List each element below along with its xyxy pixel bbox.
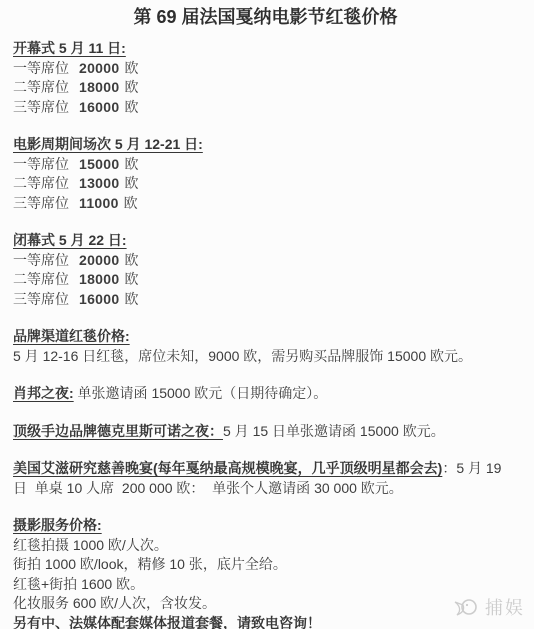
section-heading: 闭幕式 5 月 22 日:: [13, 231, 518, 251]
currency-unit: 欧: [124, 99, 138, 115]
currency-unit: 欧: [124, 156, 138, 172]
currency-unit: 欧: [124, 252, 138, 268]
currency-unit: 欧: [124, 195, 138, 211]
seat-tier-label: 二等席位: [13, 79, 69, 95]
seat-tier-label: 二等席位: [13, 271, 69, 287]
section-heading: 摄影服务价格:: [13, 516, 518, 536]
section-detail: 单张邀请函 15000 欧元（日期待确定）。: [74, 385, 328, 401]
seat-price-value: 20000: [79, 252, 119, 268]
section-de-grisogono-night: 顶级手边品牌德克里斯可诺之夜：5 月 15 日单张邀请函 15000 欧元。: [13, 422, 518, 442]
currency-unit: 欧: [124, 175, 138, 191]
section-detail: 5 月 15 日单张邀请函 15000 欧元。: [223, 423, 445, 439]
price-row: 二等席位13000欧: [13, 174, 518, 194]
section-chopard-night: 肖邦之夜: 单张邀请函 15000 欧元（日期待确定）。: [13, 384, 518, 404]
watermark-label: 捕娱: [485, 594, 525, 620]
section-heading: 顶级手边品牌德克里斯可诺之夜：: [13, 423, 223, 439]
seat-tier-label: 一等席位: [13, 252, 69, 268]
section-closing-ceremony: 闭幕式 5 月 22 日: 一等席位20000欧 二等席位18000欧 三等席位…: [13, 231, 518, 309]
currency-unit: 欧: [124, 291, 138, 307]
seat-price-value: 15000: [79, 156, 119, 172]
section-opening-ceremony: 开幕式 5 月 11 日: 一等席位20000欧 二等席位18000欧 三等席位…: [13, 39, 518, 117]
seat-price-value: 18000: [79, 271, 119, 287]
section-heading: 开幕式 5 月 11 日:: [13, 39, 518, 59]
price-row: 三等席位16000欧: [13, 290, 518, 310]
price-row: 三等席位16000欧: [13, 98, 518, 118]
seat-price-value: 16000: [79, 291, 119, 307]
section-heading: 品牌渠道红毯价格:: [13, 327, 518, 347]
service-line: 红毯+街拍 1600 欧。: [13, 575, 518, 595]
price-row: 一等席位20000欧: [13, 59, 518, 79]
seat-tier-label: 三等席位: [13, 291, 69, 307]
contact-note: 另有中、法媒体配套媒体报道套餐，请致电咨询！: [13, 614, 518, 629]
watermark: 捕娱: [454, 594, 525, 620]
seat-tier-label: 三等席位: [13, 195, 69, 211]
seat-price-value: 13000: [79, 175, 119, 191]
seat-price-value: 20000: [79, 60, 119, 76]
price-row: 二等席位18000欧: [13, 78, 518, 98]
currency-unit: 欧: [124, 79, 138, 95]
section-brand-channel: 品牌渠道红毯价格: 5 月 12-16 日红毯，席位未知，9000 欧，需另购买…: [13, 327, 518, 366]
price-row: 一等席位15000欧: [13, 155, 518, 175]
price-row: 二等席位18000欧: [13, 270, 518, 290]
price-row: 一等席位20000欧: [13, 251, 518, 271]
seat-tier-label: 一等席位: [13, 156, 69, 172]
section-detail: 5 月 12-16 日红毯，席位未知，9000 欧，需另购买品牌服饰 15000…: [13, 347, 518, 367]
currency-unit: 欧: [124, 60, 138, 76]
section-festival-period: 电影周期间场次 5 月 12-21 日: 一等席位15000欧 二等席位1300…: [13, 135, 518, 213]
seat-tier-label: 一等席位: [13, 60, 69, 76]
seat-price-value: 16000: [79, 99, 119, 115]
currency-unit: 欧: [124, 271, 138, 287]
inline-section-line: 肖邦之夜: 单张邀请函 15000 欧元（日期待确定）。: [13, 384, 518, 404]
inline-section-line: 美国艾滋研究慈善晚宴(每年戛纳最高规模晚宴，几乎顶级明星都会去)：5 月 19 …: [13, 459, 518, 498]
seat-tier-label: 三等席位: [13, 99, 69, 115]
page-title: 第 69 届法国戛纳电影节红毯价格: [13, 6, 518, 28]
inline-section-line: 顶级手边品牌德克里斯可诺之夜：5 月 15 日单张邀请函 15000 欧元。: [13, 422, 518, 442]
price-row: 三等席位11000欧: [13, 194, 518, 214]
section-heading: 肖邦之夜:: [13, 385, 74, 401]
buyu-logo-icon: [454, 596, 480, 618]
service-line: 街拍 1000 欧/look，精修 10 张，底片全给。: [13, 555, 518, 575]
document-page: 第 69 届法国戛纳电影节红毯价格 开幕式 5 月 11 日: 一等席位2000…: [0, 0, 534, 629]
seat-price-value: 18000: [79, 79, 119, 95]
service-line: 红毯拍摄 1000 欧/人次。: [13, 536, 518, 556]
service-line: 化妆服务 600 欧/人次，含妆发。: [13, 594, 518, 614]
seat-price-value: 11000: [79, 195, 119, 211]
seat-tier-label: 二等席位: [13, 175, 69, 191]
section-heading: 美国艾滋研究慈善晚宴(每年戛纳最高规模晚宴，几乎顶级明星都会去): [13, 460, 442, 476]
section-photo-services: 摄影服务价格: 红毯拍摄 1000 欧/人次。 街拍 1000 欧/look，精…: [13, 516, 518, 629]
section-heading: 电影周期间场次 5 月 12-21 日:: [13, 135, 518, 155]
section-amfar-gala: 美国艾滋研究慈善晚宴(每年戛纳最高规模晚宴，几乎顶级明星都会去)：5 月 19 …: [13, 459, 518, 498]
